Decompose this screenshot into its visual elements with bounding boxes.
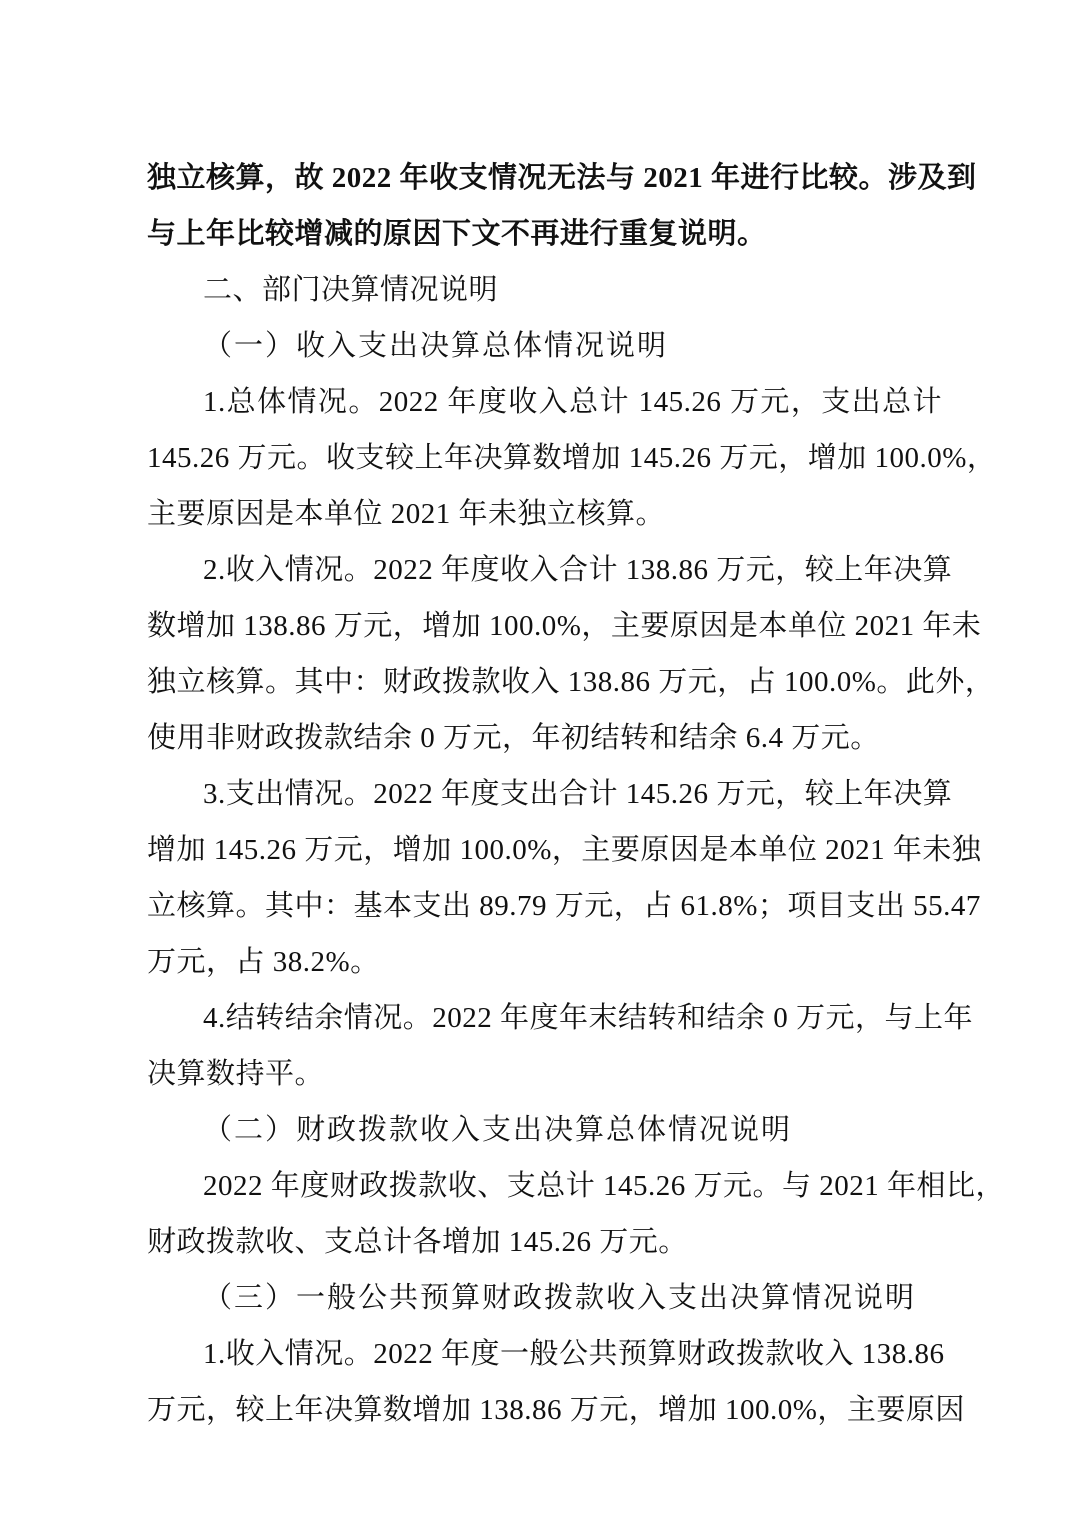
paragraph-line: 增加 145.26 万元，增加 100.0%，主要原因是本单位 2021 年未独 xyxy=(147,822,942,878)
paragraph-line: 与上年比较增减的原因下文不再进行重复说明。 xyxy=(147,206,767,262)
subsection-heading: （一）收入支出决算总体情况说明 xyxy=(203,318,668,374)
paragraph-line: 2.收入情况。2022 年度收入合计 138.86 万元，较上年决算 xyxy=(203,542,942,598)
paragraph-line: 财政拨款收、支总计各增加 145.26 万元。 xyxy=(147,1214,688,1270)
paragraph-line: 万元，较上年决算数增加 138.86 万元，增加 100.0%，主要原因 xyxy=(147,1382,942,1438)
paragraph-line: 4.结转结余情况。2022 年度年末结转和结余 0 万元，与上年 xyxy=(203,990,942,1046)
paragraph-line: 使用非财政拨款结余 0 万元，年初结转和结余 6.4 万元。 xyxy=(147,710,880,766)
paragraph-line: 1.总体情况。2022 年度收入总计 145.26 万元，支出总计 xyxy=(203,374,942,430)
paragraph-line: 独立核算。其中：财政拨款收入 138.86 万元，占 100.0%。此外， xyxy=(147,654,942,710)
paragraph-line: 决算数持平。 xyxy=(147,1046,324,1102)
paragraph-line: 立核算。其中：基本支出 89.79 万元，占 61.8%；项目支出 55.47 xyxy=(147,878,942,934)
paragraph-line: 万元，占 38.2%。 xyxy=(147,934,380,990)
paragraph-line: 独立核算，故 2022 年收支情况无法与 2021 年进行比较。涉及到 xyxy=(147,150,942,206)
paragraph-line: 1.收入情况。2022 年度一般公共预算财政拨款收入 138.86 xyxy=(203,1326,942,1382)
subsection-heading: （三）一般公共预算财政拨款收入支出决算情况说明 xyxy=(203,1270,916,1326)
paragraph-line: 2022 年度财政拨款收、支总计 145.26 万元。与 2021 年相比， xyxy=(203,1158,942,1214)
paragraph-line: 主要原因是本单位 2021 年未独立核算。 xyxy=(147,486,665,542)
section-heading: 二、部门决算情况说明 xyxy=(203,262,498,318)
paragraph-line: 145.26 万元。收支较上年决算数增加 145.26 万元，增加 100.0%… xyxy=(147,430,942,486)
paragraph-line: 3.支出情况。2022 年度支出合计 145.26 万元，较上年决算 xyxy=(203,766,942,822)
subsection-heading: （二）财政拨款收入支出决算总体情况说明 xyxy=(203,1102,792,1158)
paragraph-line: 数增加 138.86 万元，增加 100.0%，主要原因是本单位 2021 年未 xyxy=(147,598,942,654)
